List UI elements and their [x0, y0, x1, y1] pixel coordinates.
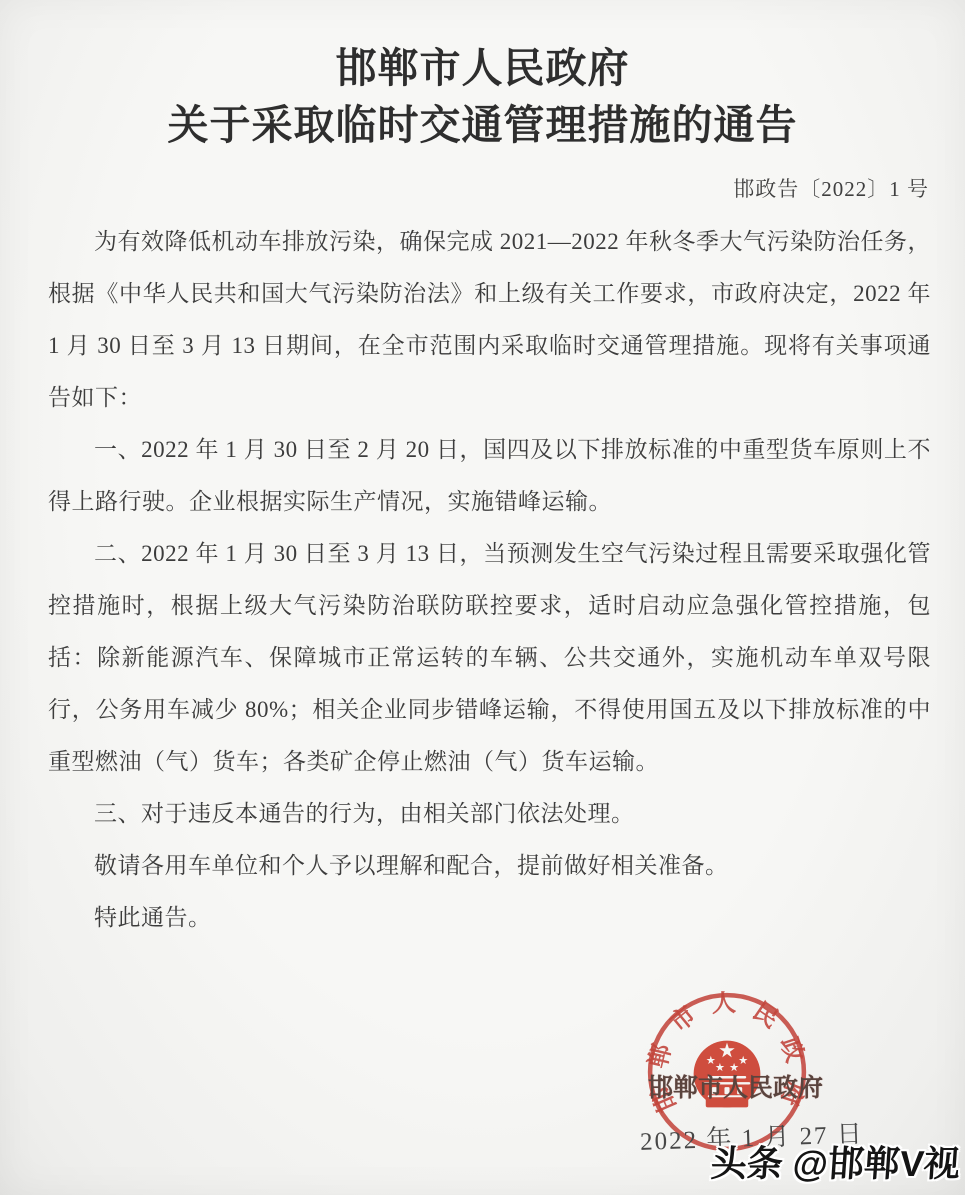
document-number: 邯政告〔2022〕1 号 [0, 173, 965, 203]
watermark-badge: 头条 @邯郸V视 [709, 1136, 962, 1187]
page-title: 邯郸市人民政府 关于采取临时交通管理措施的通告 [0, 0, 965, 153]
paragraph-item-3: 三、对于违反本通告的行为，由相关部门依法处理。 [48, 788, 931, 840]
seal-signature-text: 邯郸市人民政府 [648, 1068, 824, 1104]
paragraph-item-2: 二、2022 年 1 月 30 日至 3 月 13 日，当预测发生空气污染过程且… [48, 528, 931, 788]
paragraph-item-1: 一、2022 年 1 月 30 日至 2 月 20 日，国四及以下排放标准的中重… [48, 424, 931, 528]
paragraph-closing-request: 敬请各用车单位和个人予以理解和配合，提前做好相关准备。 [48, 840, 931, 892]
document-body: 为有效降低机动车排放污染，确保完成 2021—2022 年秋冬季大气污染防治任务… [0, 216, 965, 944]
title-line-subject: 关于采取临时交通管理措施的通告 [0, 97, 965, 154]
paragraph-intro: 为有效降低机动车排放污染，确保完成 2021—2022 年秋冬季大气污染防治任务… [48, 216, 931, 424]
paragraph-closing-notice: 特此通告。 [48, 892, 931, 944]
title-line-issuer: 邯郸市人民政府 [0, 40, 965, 97]
document-page: 邯郸市人民政府 关于采取临时交通管理措施的通告 邯政告〔2022〕1 号 为有效… [0, 0, 965, 1195]
seal-signature-label: 邯郸市人民政府 [648, 1068, 823, 1104]
